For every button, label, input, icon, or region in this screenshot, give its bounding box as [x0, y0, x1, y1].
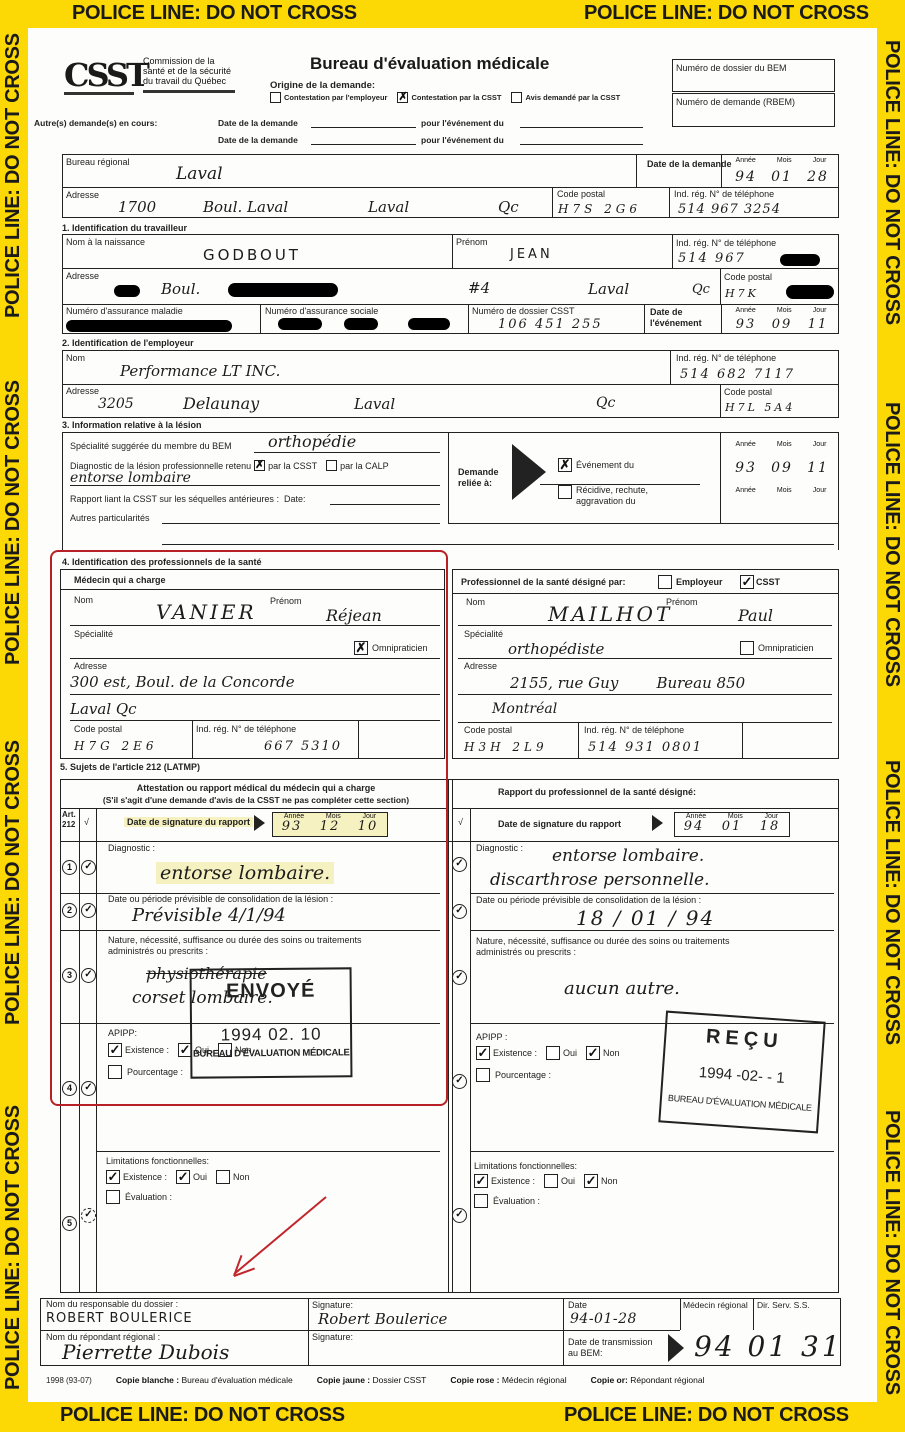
- row-5-check-right[interactable]: ✓: [452, 1208, 467, 1223]
- divider: [470, 893, 834, 894]
- designe-adresse-line1[interactable]: 2155, rue Guy Bureau 850: [510, 674, 745, 692]
- police-tape-right: POLICE LINE: DO NOT CROSS POLICE LINE: D…: [875, 0, 905, 1432]
- origin-employeur-checkbox[interactable]: [270, 92, 281, 103]
- right-evaluation-checkbox[interactable]: [474, 1194, 488, 1208]
- divider: [452, 234, 453, 268]
- left-evaluation-row: Évaluation :: [106, 1190, 172, 1204]
- tape-text: POLICE LINE: DO NOT CROSS: [584, 2, 869, 25]
- tape-text: POLICE LINE: DO NOT CROSS: [72, 2, 357, 25]
- arrow-right-icon: [652, 815, 663, 831]
- divider: [308, 1298, 309, 1366]
- date-headers: AnnéeMoisJour: [725, 487, 837, 494]
- employer-tel-label: Ind. rég. N° de téléphone: [676, 353, 776, 363]
- divider: [578, 722, 579, 759]
- worker-adresse-prov[interactable]: Qc: [692, 282, 710, 297]
- worker-prenom-value[interactable]: JEAN: [510, 247, 553, 262]
- origin-avis-checkbox[interactable]: [511, 92, 522, 103]
- underline: [458, 694, 832, 695]
- redaction: [344, 318, 378, 330]
- worker-tel-label: Ind. rég. N° de téléphone: [676, 238, 776, 248]
- divider: [563, 1298, 564, 1366]
- right-diagnostic-label: Diagnostic :: [476, 843, 523, 853]
- worker-prenom-label: Prénom: [456, 237, 488, 247]
- date-demande-header: Date de la demande: [647, 159, 732, 170]
- designe-prenom-value[interactable]: Paul: [738, 606, 773, 625]
- divider: [721, 304, 722, 334]
- demande-reliee-label: Demande reliée à:: [458, 467, 508, 489]
- underline: [458, 658, 832, 659]
- responsable-value[interactable]: ROBERT BOULERICE: [46, 1311, 193, 1326]
- police-tape-bottom: POLICE LINE: DO NOT CROSS POLICE LINE: D…: [0, 1402, 905, 1432]
- recidive-checkbox[interactable]: [558, 485, 572, 499]
- bem-file-number-box[interactable]: Numéro de dossier du BEM: [672, 59, 835, 92]
- copies-legend: 1998 (93-07) Copie blanche : Bureau d'év…: [46, 1375, 704, 1385]
- repondant-value[interactable]: Pierrette Dubois: [62, 1340, 229, 1364]
- divider: [452, 808, 839, 809]
- tape-text: POLICE LINE: DO NOT CROSS: [880, 1110, 903, 1395]
- adresse-prov[interactable]: Qc: [498, 198, 519, 216]
- medecin-regional-label: Médecin régional: [683, 1300, 748, 1310]
- date-headers: AnnéeMoisJour: [725, 307, 837, 314]
- right-consolidation-value[interactable]: 18 / 01 / 94: [576, 906, 715, 930]
- left-limitations-oui-checkbox[interactable]: [176, 1170, 190, 1184]
- divider: [552, 187, 553, 218]
- par-csst-checkbox[interactable]: [254, 460, 265, 471]
- divider: [720, 268, 721, 304]
- right-nature-value[interactable]: aucun autre.: [564, 978, 680, 999]
- designe-code-postal-value[interactable]: H3H 2L9: [464, 740, 548, 754]
- other-requests-label: Autre(s) demande(s) en cours:: [34, 118, 157, 128]
- row-4-check-right[interactable]: ✓: [452, 1074, 467, 1089]
- bem-form: CSST Commission de la santé et de la séc…: [28, 28, 877, 1402]
- nas-label: Numéro d'assurance sociale: [265, 306, 378, 316]
- date-evenement-label: Date de l'événement: [650, 307, 710, 329]
- right-apipp-label: APIPP :: [476, 1032, 507, 1042]
- transmission-value[interactable]: 94 01 31: [694, 1330, 843, 1363]
- designe-nom-label: Nom: [466, 597, 485, 607]
- employer-adresse-ville[interactable]: Laval: [354, 395, 395, 413]
- signature-1-label: Signature:: [312, 1300, 353, 1310]
- divider: [40, 1330, 680, 1331]
- right-limitations-non-checkbox[interactable]: [584, 1174, 598, 1188]
- tel-value[interactable]: 514 967 3254: [678, 202, 781, 217]
- divider: [753, 1298, 754, 1330]
- designe-employeur-checkbox[interactable]: [658, 575, 672, 589]
- transmission-label: Date de transmission au BEM:: [568, 1337, 653, 1359]
- right-apipp-existence-checkbox[interactable]: [476, 1046, 490, 1060]
- police-tape-left: POLICE LINE: DO NOT CROSS POLICE LINE: D…: [0, 0, 30, 1432]
- recidive-option: Récidive, rechute, aggravation du: [558, 485, 666, 507]
- employer-nom-label: Nom: [66, 353, 85, 363]
- redaction: [786, 285, 834, 299]
- pour-evenement-label-1: pour l'événement du: [421, 118, 504, 128]
- designe-csst-option: CSST: [740, 575, 780, 589]
- designe-employeur-option: Employeur: [658, 575, 723, 589]
- row-1-check-right[interactable]: ✓: [452, 857, 467, 872]
- csst-logo: CSST: [64, 56, 147, 94]
- designe-tel-value[interactable]: 514 931 0801: [588, 740, 703, 755]
- code-postal-value[interactable]: H7S 2G6: [558, 202, 641, 216]
- right-apipp-non-checkbox[interactable]: [586, 1046, 600, 1060]
- right-date-sig-label: Date de signature du rapport: [498, 819, 621, 829]
- designe-specialite-label: Spécialité: [464, 629, 503, 639]
- divider: [470, 808, 471, 1293]
- tel-label: Ind. rég. N° de téléphone: [674, 189, 774, 199]
- redaction: [780, 254, 820, 266]
- date-demande-line-2[interactable]: [311, 144, 416, 145]
- divider: [62, 304, 839, 305]
- arrow-right-icon: [668, 1334, 684, 1362]
- designe-omni-checkbox[interactable]: [740, 641, 754, 655]
- right-limitations-oui-checkbox[interactable]: [544, 1174, 558, 1188]
- recu-stamp: REÇU 1994 -02- - 1 BUREAU D'ÉVALUATION M…: [658, 1011, 825, 1134]
- designe-specialite-value[interactable]: orthopédiste: [508, 640, 604, 658]
- right-sig-date-value: 940118: [675, 820, 789, 834]
- divider: [96, 1151, 440, 1152]
- origin-csst-checkbox[interactable]: [397, 92, 408, 103]
- left-limitations-existence-checkbox[interactable]: [106, 1170, 120, 1184]
- form-code: 1998 (93-07): [46, 1376, 92, 1385]
- row-number-5: 5: [62, 1216, 77, 1231]
- copy-gold: Copie or: Répondant régional: [591, 1375, 705, 1385]
- adresse-ville[interactable]: Laval: [368, 198, 409, 216]
- bureau-regional-value[interactable]: Laval: [176, 164, 223, 184]
- evenement-option: Événement du: [558, 458, 634, 472]
- tape-text: POLICE LINE: DO NOT CROSS: [564, 1404, 849, 1427]
- right-apipp-existence-row: Existence : Oui Non: [476, 1046, 620, 1060]
- right-limitations-label: Limitations fonctionnelles:: [474, 1161, 577, 1171]
- date-demande-line-1[interactable]: [311, 127, 416, 128]
- employer-nom-value[interactable]: Performance LT INC.: [120, 362, 280, 380]
- tape-text: POLICE LINE: DO NOT CROSS: [880, 402, 903, 687]
- right-header: Rapport du professionnel de la santé dés…: [498, 787, 696, 797]
- signature-2-label: Signature:: [312, 1332, 353, 1342]
- underline: [254, 452, 440, 453]
- right-pourcentage-row: Pourcentage :: [476, 1068, 551, 1082]
- designe-nom-value[interactable]: MAILHOT: [548, 602, 672, 626]
- origin-options: Contestation par l'employeur Contestatio…: [270, 92, 620, 103]
- underline: [458, 625, 832, 626]
- rbem-number-box[interactable]: Numéro de demande (RBEM): [672, 93, 835, 127]
- copy-white: Copie blanche : Bureau d'évaluation médi…: [116, 1375, 293, 1385]
- employer-code-postal-value[interactable]: H7L 5A4: [725, 401, 795, 414]
- date-demande-value[interactable]: 940128: [728, 169, 836, 185]
- employer-adresse-prov[interactable]: Qc: [596, 395, 615, 411]
- designe-header: Professionnel de la santé désigné par:: [461, 577, 626, 587]
- employer-code-postal-label: Code postal: [724, 387, 772, 397]
- date-headers: AnnéeMoisJour: [725, 157, 837, 164]
- right-evaluation-row: Évaluation :: [474, 1194, 540, 1208]
- divider: [470, 930, 834, 931]
- origin-label: Origine de la demande:: [270, 80, 375, 91]
- date-evenement-value[interactable]: 930911: [728, 317, 836, 332]
- signature-1-value[interactable]: Robert Boulerice: [318, 1310, 447, 1328]
- worker-code-postal-label: Code postal: [724, 272, 772, 282]
- row-2-check-right[interactable]: ✓: [452, 904, 467, 919]
- right-diagnostic-line2[interactable]: discarthrose personnelle.: [490, 870, 709, 890]
- pour-evenement-label-2: pour l'événement du: [421, 135, 504, 145]
- redaction: [278, 318, 322, 330]
- date-demande-label-1: Date de la demande: [218, 118, 298, 128]
- rapport-date-line[interactable]: [330, 504, 440, 505]
- divider: [672, 234, 673, 268]
- autres-line-2[interactable]: [162, 544, 834, 545]
- autres-line-1[interactable]: [162, 523, 440, 524]
- bureau-regional-label: Bureau régional: [66, 157, 130, 167]
- left-limitations-non-checkbox[interactable]: [216, 1170, 230, 1184]
- right-nature-label-2: administrés ou prescrits :: [476, 947, 576, 957]
- redaction: [114, 285, 140, 297]
- divider: [468, 304, 469, 334]
- row-3-check-right[interactable]: ✓: [452, 970, 467, 985]
- designe-adresse-label: Adresse: [464, 661, 497, 671]
- left-limitations-existence-row: Existence : Oui Non: [106, 1170, 250, 1184]
- arrow-right-icon: [512, 444, 546, 500]
- worker-adresse-value[interactable]: Boul.: [161, 280, 200, 298]
- adresse-rue[interactable]: Boul. Laval: [203, 198, 288, 216]
- designe-omni-option: Omnipraticien: [740, 641, 814, 655]
- date-headers: AnnéeMoisJour: [725, 441, 837, 448]
- section-1-title: 1. Identification du travailleur: [62, 223, 187, 233]
- copy-yellow: Copie jaune : Dossier CSST: [317, 1375, 427, 1385]
- section-3-title: 3. Information relative à la lésion: [62, 420, 202, 430]
- divider: [62, 187, 839, 188]
- right-pourcentage-checkbox[interactable]: [476, 1068, 490, 1082]
- designe-prenom-label: Prénom: [666, 597, 698, 607]
- left-evaluation-checkbox[interactable]: [106, 1190, 120, 1204]
- dir-serv-label: Dir. Serv. S.S.: [757, 1300, 810, 1310]
- employer-adresse-rue[interactable]: Delaunay: [183, 394, 259, 413]
- worker-code-postal-value[interactable]: H7K: [725, 287, 759, 300]
- tape-text: POLICE LINE: DO NOT CROSS: [2, 380, 25, 665]
- org-name: Commission de la santé et de la sécurité…: [143, 56, 231, 86]
- designe-csst-checkbox[interactable]: [740, 575, 754, 589]
- ram-label: Numéro d'assurance maladie: [66, 306, 183, 316]
- form-title: Bureau d'évaluation médicale: [310, 54, 549, 74]
- tape-text: POLICE LINE: DO NOT CROSS: [60, 1404, 345, 1427]
- rapport-label: Rapport liant la CSST sur les séquelles …: [70, 494, 305, 504]
- tape-text: POLICE LINE: DO NOT CROSS: [880, 760, 903, 1045]
- divider: [470, 1151, 834, 1152]
- red-highlight-frame: [50, 550, 448, 1106]
- divider: [742, 722, 743, 759]
- divider: [62, 384, 839, 385]
- divider: [644, 304, 645, 334]
- diagnostic-value[interactable]: entorse lombaire: [70, 470, 191, 486]
- autres-label: Autres particularités: [70, 513, 150, 523]
- right-apipp-oui-checkbox[interactable]: [546, 1046, 560, 1060]
- redaction: [408, 318, 450, 330]
- underline: [458, 722, 832, 723]
- right-sig-date-box[interactable]: AnnéeMoisJour 940118: [674, 812, 790, 837]
- divider: [260, 304, 261, 334]
- divider: [452, 593, 839, 594]
- divider: [448, 779, 449, 1293]
- tape-text: POLICE LINE: DO NOT CROSS: [2, 740, 25, 1025]
- employer-adresse-label: Adresse: [66, 386, 99, 396]
- redaction: [228, 283, 338, 297]
- adresse-num[interactable]: 1700: [118, 198, 156, 216]
- underline: [70, 485, 440, 486]
- evenement-date-value[interactable]: 930911: [728, 460, 836, 476]
- specialite-value[interactable]: orthopédie: [268, 432, 356, 451]
- adresse-label: Adresse: [66, 190, 99, 200]
- footer-date-value[interactable]: 94-01-28: [570, 1311, 637, 1327]
- police-tape-top: POLICE LINE: DO NOT CROSS POLICE LINE: D…: [0, 0, 905, 30]
- footer-date-label: Date: [568, 1300, 587, 1310]
- worker-nom-label: Nom à la naissance: [66, 237, 145, 247]
- divider: [680, 1298, 681, 1330]
- designe-tel-label: Ind. rég. N° de téléphone: [584, 725, 684, 735]
- divider: [720, 384, 721, 418]
- evenement-line-2[interactable]: [520, 144, 643, 145]
- date-demande-label-2: Date de la demande: [218, 135, 298, 145]
- worker-adresse-label: Adresse: [66, 271, 99, 281]
- tape-text: POLICE LINE: DO NOT CROSS: [2, 33, 25, 318]
- row-5-check-left[interactable]: ✓: [81, 1208, 96, 1223]
- worker-tel-value[interactable]: 514 967: [678, 251, 746, 266]
- divider: [670, 350, 671, 384]
- responsable-label: Nom du responsable du dossier :: [46, 1299, 178, 1309]
- check-col-label-right: √: [458, 817, 463, 827]
- worker-adresse-apt[interactable]: #4: [468, 279, 490, 297]
- tape-text: POLICE LINE: DO NOT CROSS: [2, 1105, 25, 1390]
- employer-adresse-num[interactable]: 3205: [98, 396, 134, 412]
- evenement-line-1[interactable]: [520, 127, 643, 128]
- divider: [720, 432, 721, 524]
- divider: [636, 154, 637, 187]
- right-nature-label-1: Nature, nécessité, suffisance ou durée d…: [476, 936, 729, 946]
- dossier-csst-value[interactable]: 106 451 255: [498, 317, 603, 332]
- dossier-csst-label: Numéro de dossier CSST: [472, 306, 575, 316]
- right-consolidation-label: Date ou période prévisible de consolidat…: [476, 895, 701, 905]
- employer-tel-value[interactable]: 514 682 7117: [680, 367, 795, 382]
- evenement-checkbox[interactable]: [558, 458, 572, 472]
- worker-nom-value[interactable]: GODBOUT: [203, 246, 301, 264]
- org-underline: [143, 90, 235, 93]
- code-postal-label: Code postal: [557, 189, 605, 199]
- logo-underline: [64, 92, 134, 95]
- right-limitations-existence-row: Existence : Oui Non: [474, 1174, 618, 1188]
- left-limitations-label: Limitations fonctionnelles:: [106, 1156, 209, 1166]
- tape-text: POLICE LINE: DO NOT CROSS: [880, 40, 903, 325]
- designe-adresse-line2[interactable]: Montréal: [492, 701, 557, 717]
- copy-pink: Copie rose : Médecin régional: [450, 1375, 566, 1385]
- divider: [62, 268, 839, 269]
- par-calp-checkbox[interactable]: [326, 460, 337, 471]
- section-2-title: 2. Identification de l'employeur: [62, 338, 194, 348]
- specialite-label: Spécialité suggérée du membre du BEM: [70, 441, 232, 451]
- redaction: [66, 320, 232, 332]
- divider: [669, 187, 670, 218]
- right-limitations-existence-checkbox[interactable]: [474, 1174, 488, 1188]
- worker-adresse-ville[interactable]: Laval: [588, 280, 629, 298]
- designe-code-postal-label: Code postal: [464, 725, 512, 735]
- right-diagnostic-line1[interactable]: entorse lombaire.: [552, 846, 704, 866]
